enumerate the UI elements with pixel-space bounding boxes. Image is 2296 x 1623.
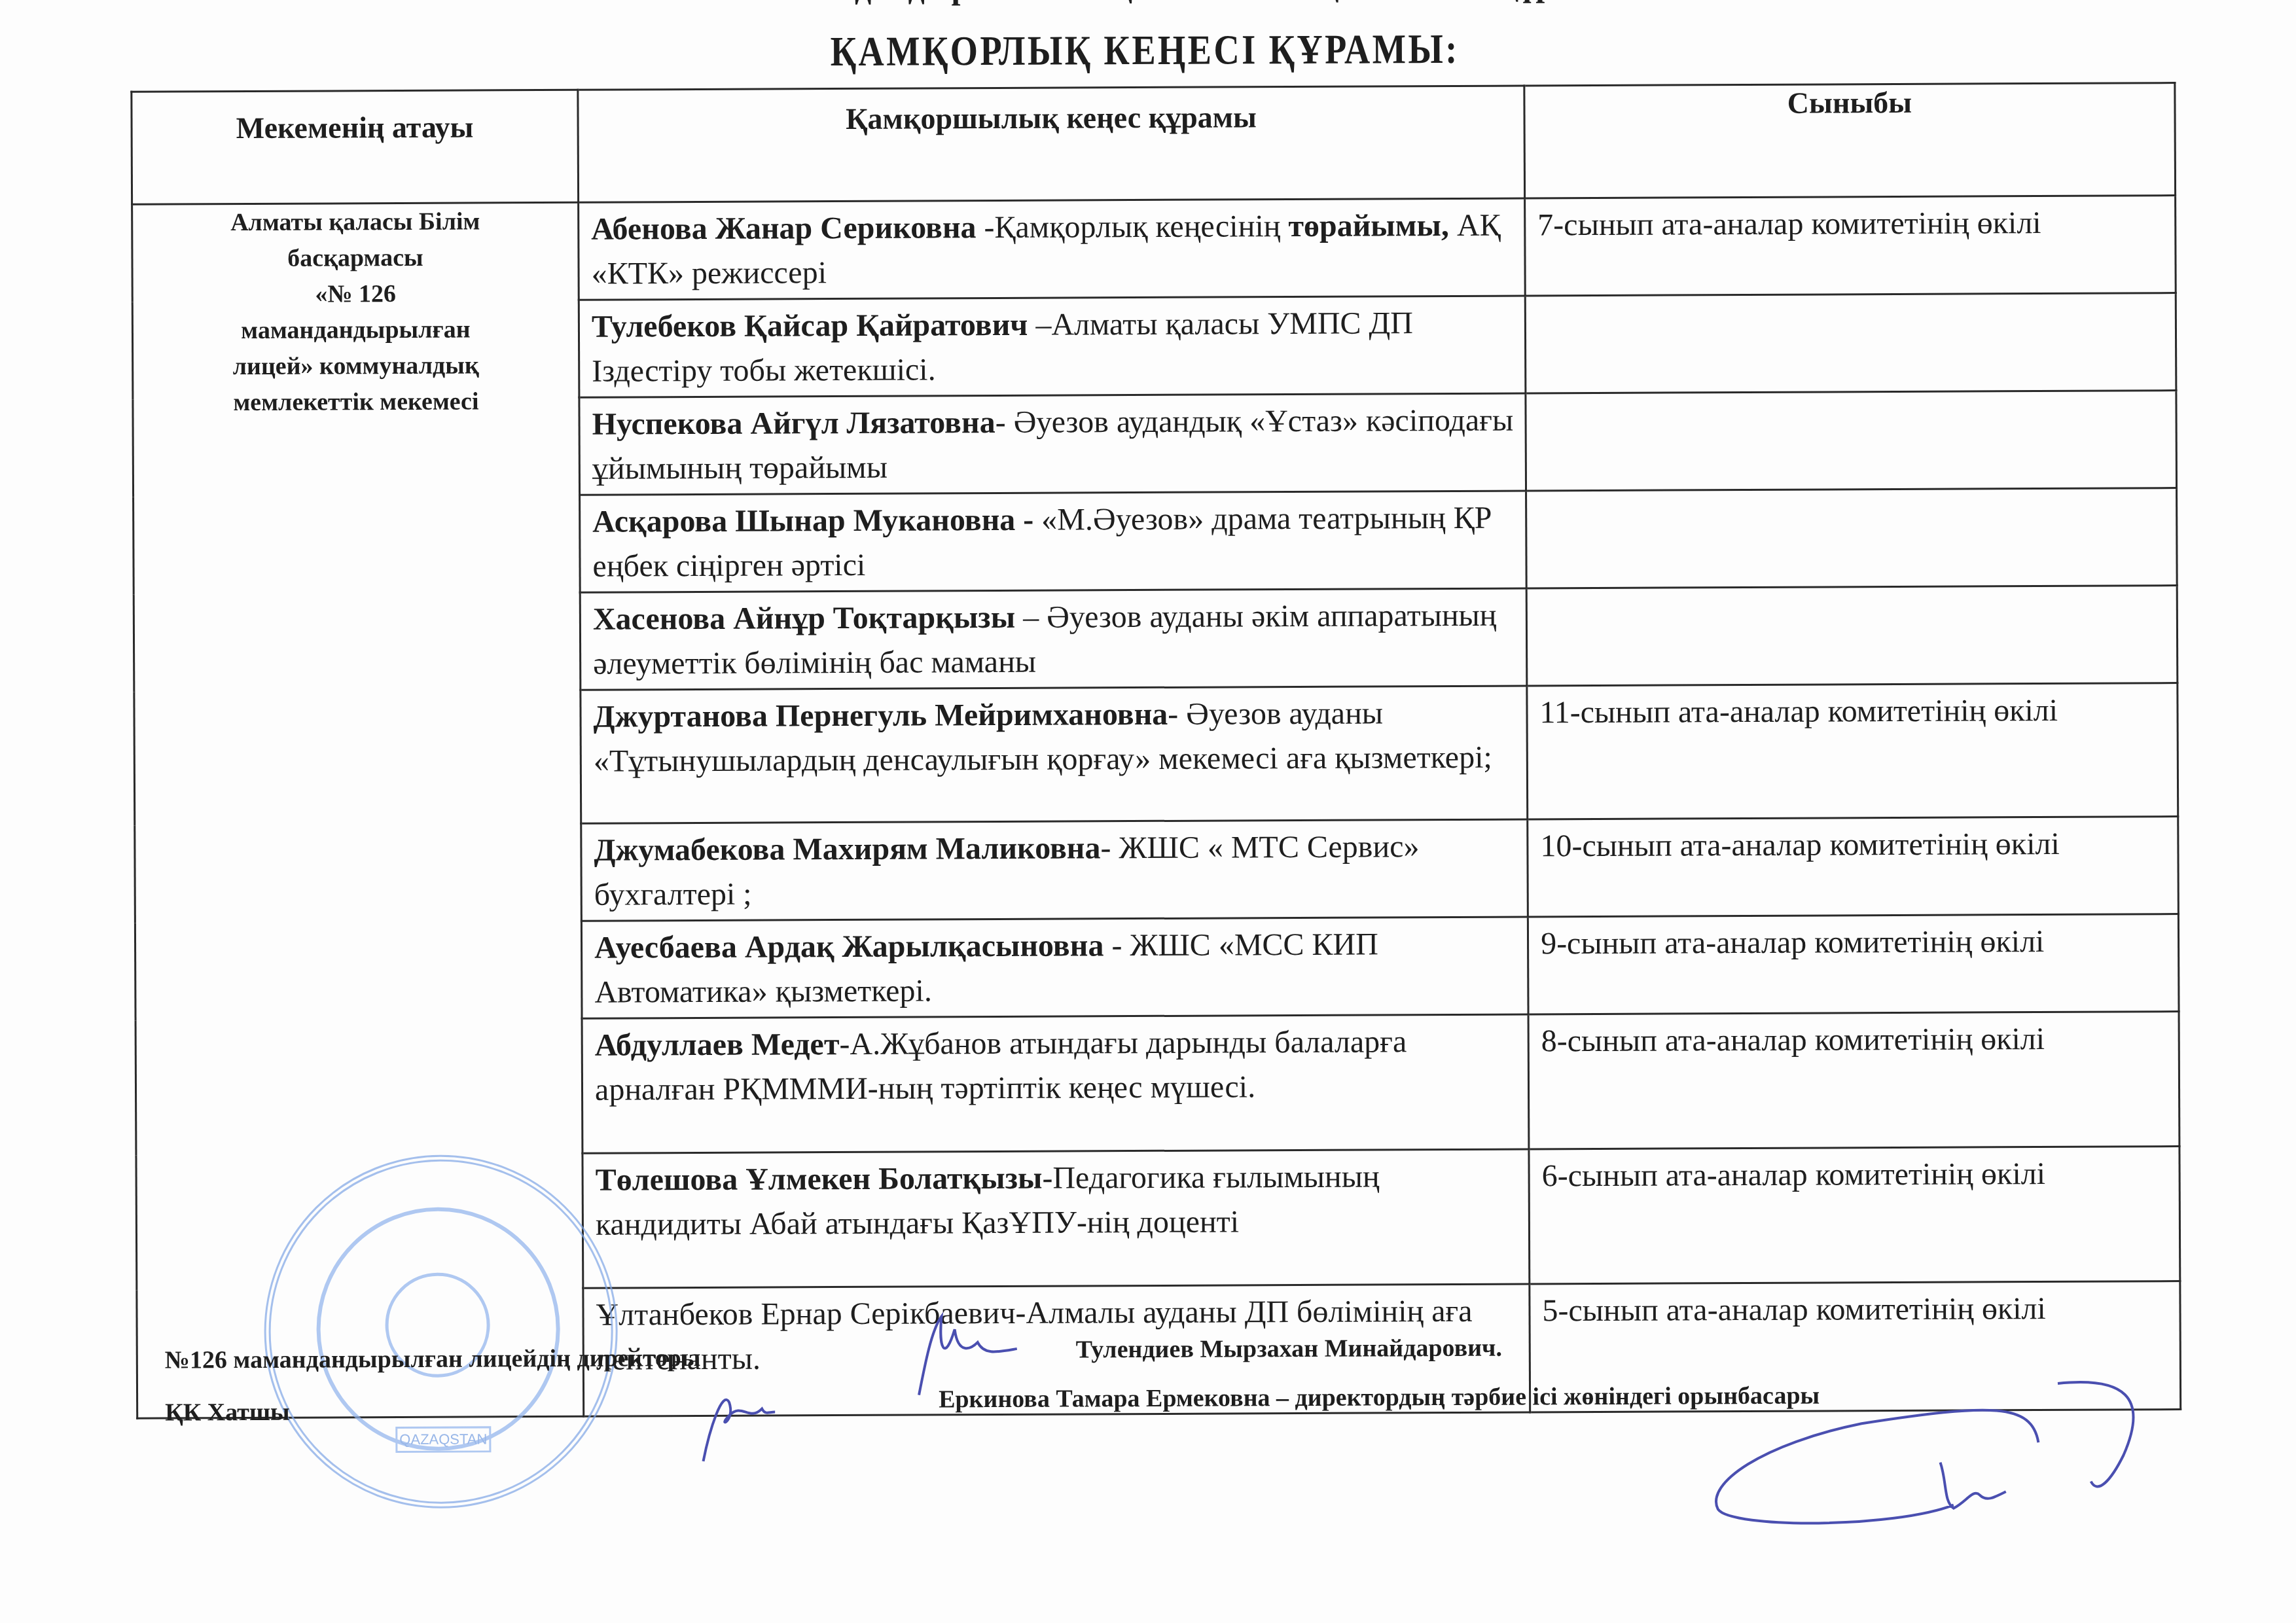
member-cell: Джуртанова Пернегуль Мейримхановна- Әуез…	[581, 686, 1528, 823]
member-role-title: төрайымы,	[1288, 208, 1449, 243]
member-cell: Абенова Жанар Сериковна -Қамқорлық кеңес…	[579, 198, 1526, 300]
table-header-row: Мекеменің атауы Қамқоршылық кеңес құрамы…	[132, 83, 2176, 205]
header-members: Қамқоршылық кеңес құрамы	[578, 86, 1525, 202]
member-name: Хасенова Айнұр Тоқтарқызы	[593, 600, 1015, 637]
member-name: Ауесбаева Ардақ Жарылқасыновна	[594, 928, 1104, 965]
member-class: 6-сынып ата-аналар комитетінің өкілі	[1529, 1147, 2180, 1284]
header-class: Сыныбы	[1524, 83, 2176, 198]
official-seal: QAZAQSTAN	[263, 1154, 618, 1509]
member-class: 8-сынып ата-аналар комитетінің өкілі	[1528, 1012, 2179, 1149]
member-cell: Джумабекова Махирям Маликовна- ЖШС « МТС…	[581, 819, 1528, 921]
institution-line: «№ 126	[153, 276, 558, 313]
seal-label: QAZAQSTAN	[395, 1426, 491, 1453]
member-cell: Төлешова Ұлмекен Болатқызы-Педагогика ғы…	[583, 1149, 1530, 1288]
member-class	[1525, 293, 2176, 393]
member-name: Джуртанова Пернегуль Мейримхановна	[593, 697, 1168, 734]
member-cell: Хасенова Айнұр Тоқтарқызы – Әуезов аудан…	[580, 588, 1527, 690]
member-name: Джумабекова Махирям Маликовна	[594, 830, 1100, 867]
institution-line: басқармасы	[152, 240, 558, 277]
member-name: Абенова Жанар Сериковна	[591, 210, 976, 247]
institution-line: Алматы қаласы Білім	[152, 204, 558, 241]
member-cell: Тулебеков Қайсар Қайратович –Алматы қала…	[579, 296, 1526, 397]
member-name: Тулебеков Қайсар Қайратович	[592, 308, 1028, 344]
member-role: -Қамқорлық кеңесінің	[976, 209, 1288, 245]
member-class: 9-сынып ата-аналар комитетінің өкілі	[1528, 914, 2179, 1014]
header-institution: Мекеменің атауы	[132, 90, 579, 204]
director-name: Тулендиев Мырзахан Минайдарович.	[1076, 1334, 1502, 1364]
secretary-label: ҚК Хатшы	[165, 1398, 290, 1427]
member-class: 11-сынып ата-аналар комитетінің өкілі	[1527, 683, 2178, 819]
member-name: Төлешова Ұлмекен Болатқызы	[596, 1161, 1043, 1198]
member-class	[1526, 586, 2178, 686]
institution-line: мамандандырылған	[153, 312, 558, 349]
member-class: 10-сынып ата-аналар комитетінің өкілі	[1528, 817, 2179, 917]
table-row: Алматы қаласы Білімбасқармасы«№ 126маман…	[132, 196, 2176, 302]
member-cell: Асқарова Шынар Мукановна - «М.Әуезов» др…	[580, 491, 1527, 592]
document-title: ҚАМҚОРЛЫҚ КЕҢЕСІ ҚҰРАМЫ:	[169, 22, 2121, 79]
member-name: Абдуллаев Медет	[595, 1027, 840, 1063]
director-signature	[905, 1303, 1050, 1402]
director-label: №126 мамандандырылған лицейдің директоры	[165, 1344, 701, 1375]
member-cell: Нуспекова Айгүл Лязатовна- Әуезов ауданд…	[579, 393, 1526, 495]
institution-line: лицей» коммуналдық	[153, 348, 558, 385]
member-name: Асқарова Шынар Мукановна -	[592, 503, 1033, 539]
document-page: «№ 126 мамандандырылған лицей» КММ-нің ж…	[0, 0, 2296, 1623]
member-class	[1526, 488, 2178, 588]
member-class	[1526, 391, 2177, 491]
member-class: 7-сынып ата-аналар комитетінің өкілі	[1525, 196, 2176, 296]
document-subtitle: «№ 126 мамандандырылған лицей» КММ-нің ж…	[157, 0, 2132, 10]
member-name: Нуспекова Айгүл Лязатовна	[592, 405, 995, 442]
member-cell: Абдуллаев Медет-А.Жұбанов атындағы дарын…	[582, 1014, 1529, 1153]
institution-line: мемлекеттік мекемесі	[153, 383, 558, 421]
secretary-signature	[690, 1376, 821, 1474]
member-cell: Ауесбаева Ардақ Жарылқасыновна - ЖШС «МС…	[581, 917, 1528, 1018]
deputy-signature	[1665, 1376, 2202, 1536]
